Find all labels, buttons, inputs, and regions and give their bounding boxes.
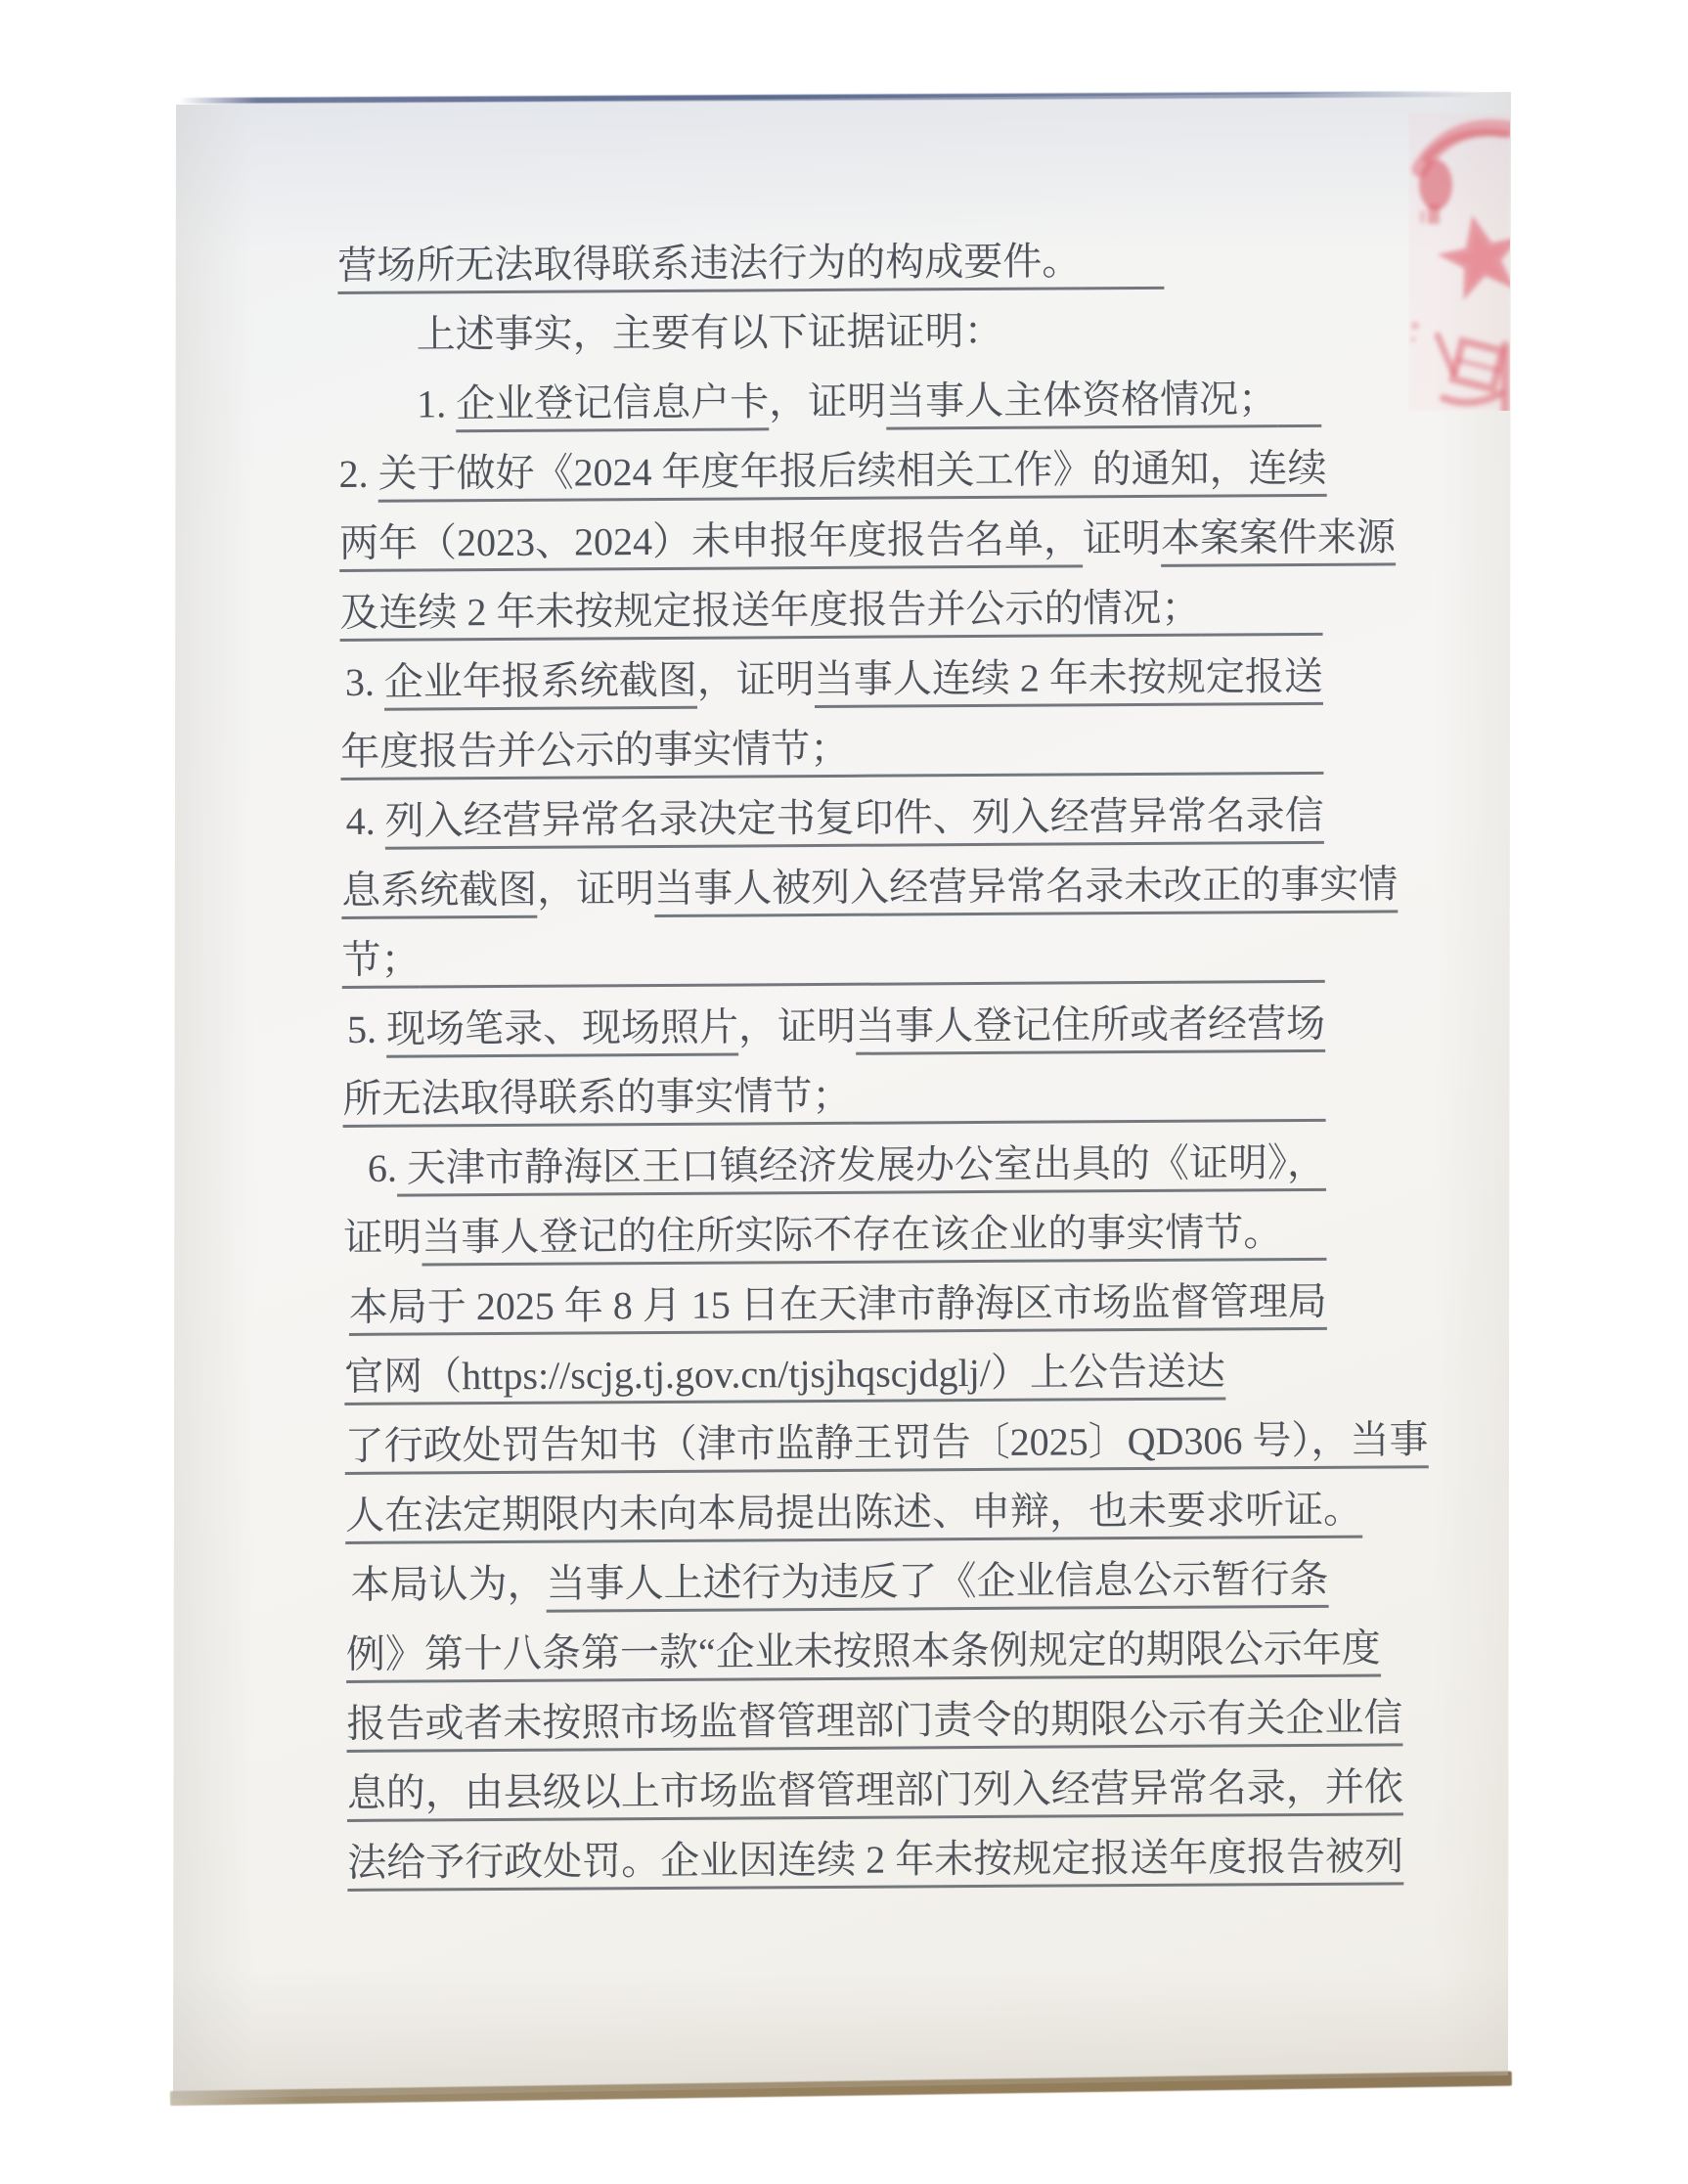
text-segment: 例》第十八条第一款“企业未按照本条例规定的期限公示年度 [346, 1629, 1381, 1683]
text-segment: ，证明 [537, 869, 654, 918]
document-line: 5. 现场笔录、现场照片，证明当事人登记住所或者经营场 [342, 983, 1325, 1058]
text-segment: 息系统截图 [341, 870, 537, 919]
text-segment: ，证明 [738, 1007, 856, 1056]
document-line: 及连续 2 年未按规定报送年度报告并公示的情况； [339, 566, 1322, 642]
text-segment: 当事人上述行为违反了《企业信息公示暂行条 [546, 1560, 1328, 1613]
text-segment: 3. [345, 663, 384, 711]
text-segment: 当事人被列入经营异常名录未改正的事实情 [654, 865, 1398, 917]
text-segment: 两年（2023、2024）未申报年度报告名单， [339, 519, 1083, 572]
document-line: 报告或者未按照市场监督管理部门责令的期限公示有关企业信 [346, 1677, 1329, 1753]
document-line: 3. 企业年报系统截图，证明当事人连续 2 年未按规定报送 [340, 636, 1323, 711]
document-line: 4. 列入经营异常名录决定书复印件、列入经营异常名录信 [340, 775, 1323, 850]
indent-spacer [338, 355, 417, 364]
text-segment: 营场所无法取得联系违法行为的构成要件。 [337, 242, 1081, 294]
document-line: 证明当事人登记的住所实际不存在该企业的事实情节。 [343, 1191, 1326, 1267]
text-segment: 证明 [343, 1218, 422, 1266]
text-segment: 法给予行政处罚。企业因连续 2 年未按规定报送年度报告被列 [347, 1837, 1403, 1892]
text-segment: 本局于 2025 年 8 月 15 日在天津市静海区市场监督管理局 [349, 1282, 1327, 1336]
photo-of-document: { "page": { "kind": "scanned page of an … [0, 0, 1688, 2184]
text-segment: 当事人登记住所或者经营场 [856, 1004, 1325, 1055]
text-segment: 本局认为， [350, 1565, 546, 1614]
text-segment: 4. [346, 802, 385, 850]
text-segment: 及连续 2 年未按规定报送年度报告并公示的情况； [339, 589, 1200, 642]
text-segment: 5. [347, 1010, 386, 1058]
text-segment: ，证明 [697, 660, 815, 709]
text-segment: 本案案件来源 [1161, 517, 1396, 566]
document-line: 1. 企业登记信息户卡，证明当事人主体资格情况； [338, 358, 1321, 433]
text-segment: 现场笔录、现场照片 [386, 1008, 738, 1058]
document-line: 本局于 2025 年 8 月 15 日在天津市静海区市场监督管理局 [344, 1261, 1327, 1336]
text-segment: 息的，由县级以上市场监督管理部门列入经营异常名录，并依 [347, 1767, 1403, 1822]
text-segment: 所无法取得联系的事实情节； [342, 1077, 851, 1128]
text-segment: 当事人连续 2 年未按规定报送 [815, 657, 1323, 708]
document-line: 两年（2023、2024）未申报年度报告名单，证明本案案件来源 [339, 497, 1322, 572]
indent-spacer [343, 1188, 368, 1197]
document-line: 营场所无法取得联系违法行为的构成要件。 [337, 219, 1320, 294]
document-line: 6. 天津市静海区王口镇经济发展办公室出具的《证明》， [343, 1122, 1326, 1197]
indent-spacer [338, 424, 417, 433]
document-line: 了行政处罚告知书（津市监静王罚告〔2025〕QD306 号），当事 [344, 1400, 1327, 1475]
document-line: 息系统截图，证明当事人被列入经营异常名录未改正的事实情 [341, 844, 1324, 919]
text-segment: 1. [417, 384, 456, 432]
text-segment: 天津市静海区王口镇经济发展办公室出具的《证明》， [397, 1143, 1326, 1197]
text-segment: 当事人主体资格情况； [886, 379, 1277, 429]
text-segment: 官网（https://scjg.tj.gov.cn/tjsjhqscjdglj/… [344, 1352, 1225, 1405]
text-segment: 6. [368, 1149, 397, 1197]
document-line: 例》第十八条第一款“企业未按照本条例规定的期限公示年度 [346, 1608, 1329, 1683]
document-line: 本局认为，当事人上述行为违反了《企业信息公示暂行条 [345, 1538, 1328, 1614]
text-segment: 企业登记信息户卡 [456, 382, 769, 432]
text-segment: 当事人登记的住所实际不存在该企业的事实情节。 [422, 1213, 1282, 1266]
text-segment: 列入经营异常名录决定书复印件、列入经营异常名录信 [385, 796, 1324, 850]
text-segment: 了行政处罚告知书（津市监静王罚告〔2025〕QD306 号），当事 [345, 1420, 1429, 1475]
text-segment: 人在法定期限内未向本局提出陈述、申辩，也未要求听证。 [345, 1491, 1362, 1544]
document-line: 法给予行政处罚。企业因连续 2 年未按规定报送年度报告被列 [347, 1816, 1330, 1892]
text-segment: 上述事实，主要有以下证据证明： [417, 312, 1003, 364]
document-line: 节； [341, 914, 1324, 989]
document-line: 所无法取得联系的事实情节； [342, 1052, 1325, 1128]
text-segment: ，证明 [769, 382, 886, 431]
document-text: 营场所无法取得联系违法行为的构成要件。上述事实，主要有以下证据证明：1. 企业登… [337, 219, 1331, 1937]
document-line: 息的，由县级以上市场监督管理部门列入经营异常名录，并依 [347, 1747, 1330, 1822]
text-segment: 2. [338, 455, 378, 503]
document-line: 人在法定期限内未向本局提出陈述、申辩，也未要求听证。 [345, 1469, 1328, 1544]
document-line: 官网（https://scjg.tj.gov.cn/tjsjhqscjdglj/… [344, 1330, 1327, 1405]
document-line: 上述事实，主要有以下证据证明： [337, 289, 1320, 364]
text-segment: 节； [341, 940, 420, 988]
text-segment: 证明 [1083, 519, 1161, 567]
text-segment: 年度报告并公示的事实情节； [340, 730, 849, 780]
underline-extension [1282, 1252, 1326, 1261]
document-line: 2. 关于做好《2024 年度年报后续相关工作》的通知，连续 [338, 427, 1321, 503]
text-segment: 企业年报系统截图 [384, 661, 697, 711]
text-segment: 关于做好《2024 年度年报后续相关工作》的通知，连续 [378, 449, 1326, 503]
underline-extension [1277, 419, 1321, 427]
text-segment: 报告或者未按照市场监督管理部门责令的期限公示有关企业信 [346, 1698, 1402, 1753]
document-line: 年度报告并公示的事实情节； [340, 705, 1323, 780]
